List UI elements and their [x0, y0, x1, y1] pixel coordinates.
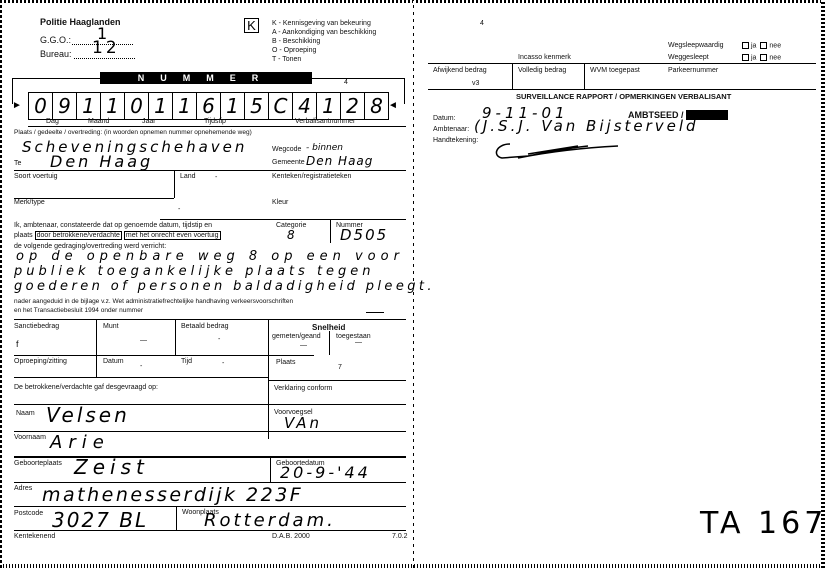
footer-right: 7.0.2 [392, 533, 408, 541]
wvm-label: WVM toegepast [590, 67, 640, 75]
weggesleept-options: ja nee [740, 54, 781, 62]
land-label: Land [180, 173, 196, 181]
divider [14, 355, 314, 356]
divider [268, 380, 406, 381]
signature [488, 138, 638, 168]
divider [14, 170, 406, 171]
digit: 1 [317, 93, 341, 119]
plaats-label: Plaats [276, 359, 295, 367]
incasso-label: Incasso kenmerk [518, 54, 571, 62]
geboorteplaats-value: Zeist [74, 455, 149, 479]
ambtenaar-value: (J.S.J. Van Bijsterveld [474, 117, 699, 135]
option-betrokkene[interactable]: door betrokkene/verdachte [35, 231, 122, 240]
form-type-checkbox[interactable]: K [244, 18, 259, 33]
divider [428, 63, 816, 64]
handtekening-label: Handtekening: [433, 137, 478, 145]
bureau-value: 12 [92, 38, 120, 58]
digit: 0 [28, 93, 53, 119]
betaald-value: - [218, 336, 220, 344]
section-title: SURVEILLANCE RAPPORT / OPMERKINGEN VERBA… [516, 93, 731, 101]
kenteken-label: Kenteken/registratieteken [272, 173, 351, 181]
digit: 1 [173, 93, 197, 119]
digit: 1 [221, 93, 245, 119]
label-jaar: Jaar [142, 118, 156, 126]
code-t: T - Tonen [272, 56, 301, 64]
option-voertuig[interactable]: met het onrecht even voertuig [124, 231, 221, 240]
afwijkend-value: v3 [472, 80, 479, 88]
adres-label: Adres [14, 485, 32, 493]
volledig-label: Volledig bedrag [518, 67, 566, 75]
divider [14, 319, 406, 320]
label-verbalisant: Verbalisantnummer [295, 118, 355, 126]
nummer-bracket-right-v [404, 78, 405, 104]
kleur-label: Kleur [272, 199, 288, 207]
tijd-value: - [222, 360, 224, 368]
parkeer-label: Parkeernummer [668, 67, 718, 75]
digit: 9 [53, 93, 77, 119]
statement-footer-1: nader aangeduid in de bijlage v.z. Wet a… [14, 298, 293, 306]
gemeten-label: gemeten/geand [272, 333, 321, 341]
wegcode-value: - binnen [306, 143, 343, 153]
wegsleep-nee-checkbox[interactable] [760, 42, 767, 49]
divider [14, 377, 268, 378]
statement-footer-2: en het Transactiebesluit 1994 onder numm… [14, 307, 143, 315]
gemeente-label: Gemeente [272, 159, 305, 167]
offence-line-1: op de openbare weg 8 op een voor [16, 249, 404, 264]
offence-line-2: publiek toegankelijke plaats tegen [14, 264, 375, 279]
label-dag: Dag [46, 118, 59, 126]
nummer-marker: 4 [344, 79, 348, 87]
digit: 0 [125, 93, 149, 119]
offence-line-3: goederen of personen baldadigheid pleegt… [14, 279, 435, 294]
gemeten-value: — [300, 342, 307, 350]
nummer-value: D505 [340, 226, 388, 244]
divider [14, 456, 406, 458]
arrow-left-icon: ◄ [388, 100, 398, 111]
nummer-bar: NUMMER [100, 72, 312, 84]
digit: 1 [77, 93, 101, 119]
bureau-dotline [74, 58, 136, 59]
statement-line1: Ik, ambtenaar, constateerde dat op genoe… [14, 222, 212, 230]
plaats-text: plaats [14, 232, 33, 239]
gemeente-value: Den Haag [306, 154, 373, 168]
verklaring-conform-label: Verklaring conform [274, 385, 332, 393]
land-value: - [215, 174, 217, 182]
scan-edge-right [821, 0, 825, 568]
footer-mid: D.A.B. 2000 [272, 533, 310, 541]
divider-v [329, 331, 330, 355]
digit: 2 [341, 93, 365, 119]
divider-v [268, 404, 269, 432]
divider [366, 312, 384, 313]
divider [28, 126, 406, 127]
wegsleep-ja-checkbox[interactable] [742, 42, 749, 49]
divider [270, 219, 406, 220]
postcode-label: Postcode [14, 510, 43, 518]
naam-value: Velsen [46, 403, 130, 427]
divider-v [584, 63, 585, 89]
datum-label: Datum [103, 358, 124, 366]
statement-line2: plaats door betrokkene/verdachte met het… [14, 232, 221, 240]
divider-v [175, 319, 176, 355]
nee-label: nee [769, 54, 781, 61]
ja-label: ja [751, 54, 756, 61]
plaats-label: Plaats / gedeelte / overtreding: (in woo… [14, 129, 252, 137]
code-a: A - Aankondiging van beschikking [272, 29, 376, 37]
plaats-value: 7 [338, 364, 342, 372]
divider [428, 89, 816, 90]
nummer-bracket-left [12, 78, 100, 79]
divider [14, 482, 406, 483]
munt-label: Munt [103, 323, 119, 331]
merk-label: Merk/type [14, 199, 45, 207]
divider [14, 530, 406, 531]
toegestaan-value: — [355, 339, 362, 347]
nummer-bracket-right [312, 78, 404, 79]
afwijkend-label: Afwijkend bedrag [433, 67, 487, 75]
divider-v [270, 457, 271, 483]
kleur-value: - [178, 206, 180, 214]
te-label: Te [14, 160, 21, 168]
toegestaan-label: toegestaan [336, 333, 371, 341]
munt-value: — [140, 337, 147, 345]
nee-label: nee [769, 42, 781, 49]
stamp-ta: TA 167 [700, 506, 825, 541]
code-b: B - Beschikking [272, 38, 320, 46]
nummer-digits: 0 9 1 1 0 1 1 6 1 5 C 4 1 2 8 [28, 92, 389, 120]
weggesleept-ja-checkbox[interactable] [742, 54, 749, 61]
divider-v [176, 506, 177, 530]
divider [14, 506, 406, 507]
tijd-label: Tijd [181, 358, 192, 366]
geboorteplaats-label: Geboorteplaats [14, 460, 62, 468]
right-marker: 4 [480, 20, 484, 28]
verklaring-label: De betrokkene/verdachte gaf desgevraagd … [14, 384, 158, 392]
digit: 8 [365, 93, 389, 119]
categorie-value: 8 [287, 228, 298, 242]
datum-value: - [140, 363, 142, 371]
wegsleep-options: ja nee [740, 42, 781, 50]
weggesleept-nee-checkbox[interactable] [760, 54, 767, 61]
footer-left: Kentekenend [14, 533, 55, 541]
postcode-value: 3027 BL [52, 508, 148, 532]
bureau-label: Bureau: [40, 50, 72, 58]
oproeping-label: Oproeping/zitting [14, 358, 67, 366]
naam-label: Naam [16, 410, 35, 418]
ggo-label: G.G.O.: [40, 36, 71, 44]
wegsleep-label: Wegsleepwaardig [668, 42, 724, 50]
label-maand: Maand [88, 118, 109, 126]
code-k: K - Kennisgeving van bekeuring [272, 20, 371, 28]
ambtenaar-label: Ambtenaar: [433, 126, 469, 134]
soort-voertuig-label: Soort voertuig [14, 173, 58, 181]
digit: 6 [197, 93, 221, 119]
adres-value: mathenesserdijk 223F [42, 484, 303, 506]
digit: 1 [101, 93, 125, 119]
divider-v [96, 319, 97, 377]
checkbox-mark: K [247, 18, 256, 33]
weggesleept-label: Weggesleept [668, 54, 709, 62]
ja-label: ja [751, 42, 756, 49]
digit: C [269, 93, 293, 119]
arrow-right-icon: ► [12, 100, 22, 111]
te-value: Den Haag [50, 152, 153, 171]
voornaam-value: Arie [50, 432, 110, 453]
datum-label: Datum: [433, 115, 456, 123]
sanctiebedrag-value: f [16, 340, 19, 348]
sanctiebedrag-label: Sanctiebedrag [14, 323, 59, 331]
woonplaats-value: Rotterdam. [204, 510, 336, 531]
geboortedatum-value: 20-9-'44 [280, 463, 371, 482]
voornaam-label: Voornaam [14, 434, 46, 442]
digit: 5 [245, 93, 269, 119]
divider-v [512, 63, 513, 89]
label-tijdstip: Tijdstip [204, 118, 226, 126]
betaald-label: Betaald bedrag [181, 323, 228, 331]
code-o: O - Oproeping [272, 47, 316, 55]
wegcode-label: Wegcode [272, 146, 301, 154]
digit: 1 [149, 93, 173, 119]
voorvoegsel-value: VAn [284, 414, 322, 432]
scan-edge-left [0, 0, 2, 568]
digit: 4 [293, 93, 317, 119]
divider-v [330, 219, 331, 243]
divider-v [174, 170, 175, 198]
